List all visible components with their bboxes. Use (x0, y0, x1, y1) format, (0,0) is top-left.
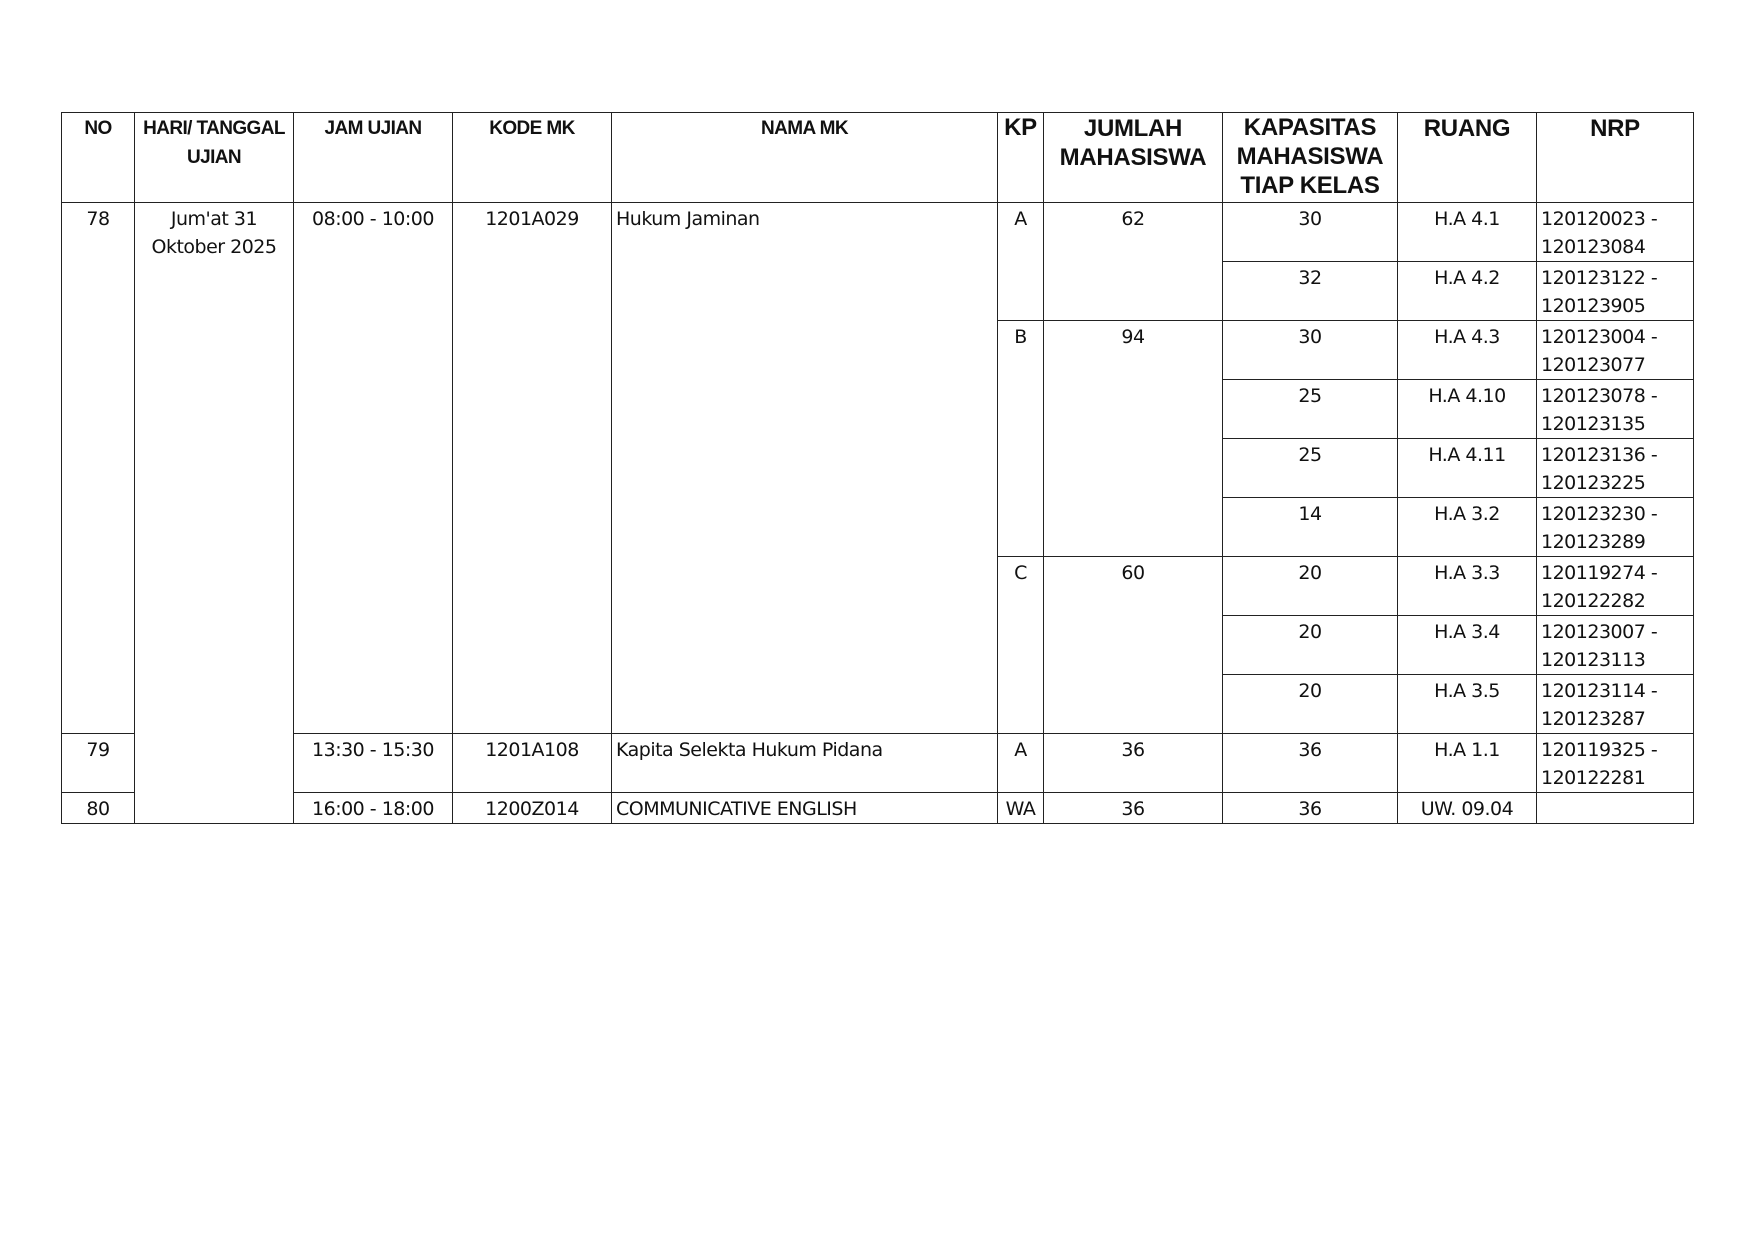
header-row: NO HARI/ TANGGAL UJIAN JAM UJIAN KODE MK… (62, 113, 1694, 203)
cell-jumlah-mahasiswa: 36 (1044, 734, 1223, 793)
cell-kapasitas: 14 (1223, 498, 1398, 557)
cell-jumlah-mahasiswa: 94 (1044, 321, 1223, 557)
cell-nrp: 120123007 - 120123113 (1537, 616, 1694, 675)
cell-nama-mk: Hukum Jaminan (612, 203, 998, 734)
cell-ruang: H.A 1.1 (1398, 734, 1537, 793)
cell-nrp: 120123114 - 120123287 (1537, 675, 1694, 734)
cell-no: 78 (62, 203, 135, 734)
cell-kapasitas: 30 (1223, 203, 1398, 262)
exam-schedule-table: NO HARI/ TANGGAL UJIAN JAM UJIAN KODE MK… (61, 112, 1694, 824)
header-no: NO (62, 113, 135, 203)
cell-jumlah-mahasiswa: 62 (1044, 203, 1223, 321)
cell-kp: A (998, 734, 1044, 793)
cell-nrp: 120123004 - 120123077 (1537, 321, 1694, 380)
cell-nrp: 120123136 - 120123225 (1537, 439, 1694, 498)
cell-nrp: 120119325 - 120122281 (1537, 734, 1694, 793)
cell-hari-tanggal: Jum'at 31 Oktober 2025 (135, 203, 294, 824)
table-row: 7913:30 - 15:301201A108Kapita Selekta Hu… (62, 734, 1694, 793)
cell-kapasitas: 36 (1223, 793, 1398, 824)
cell-nrp: 120120023 - 120123084 (1537, 203, 1694, 262)
cell-ruang: H.A 3.2 (1398, 498, 1537, 557)
cell-ruang: H.A 3.5 (1398, 675, 1537, 734)
header-nama-mk: NAMA MK (612, 113, 998, 203)
cell-no: 79 (62, 734, 135, 793)
cell-kp: B (998, 321, 1044, 557)
header-ruang: RUANG (1398, 113, 1537, 203)
cell-ruang: H.A 3.3 (1398, 557, 1537, 616)
cell-kapasitas: 20 (1223, 557, 1398, 616)
cell-kapasitas: 36 (1223, 734, 1398, 793)
header-kode-mk: KODE MK (453, 113, 612, 203)
header-nrp: NRP (1537, 113, 1694, 203)
cell-kapasitas: 25 (1223, 439, 1398, 498)
cell-kode-mk: 1201A108 (453, 734, 612, 793)
cell-nama-mk: COMMUNICATIVE ENGLISH (612, 793, 998, 824)
cell-nrp: 120123230 - 120123289 (1537, 498, 1694, 557)
cell-no: 80 (62, 793, 135, 824)
cell-kp: C (998, 557, 1044, 734)
cell-ruang: H.A 4.10 (1398, 380, 1537, 439)
cell-kapasitas: 25 (1223, 380, 1398, 439)
header-jam-ujian: JAM UJIAN (294, 113, 453, 203)
cell-nrp: 120119274 - 120122282 (1537, 557, 1694, 616)
cell-ruang: H.A 4.3 (1398, 321, 1537, 380)
cell-jam-ujian: 08:00 - 10:00 (294, 203, 453, 734)
cell-ruang: H.A 3.4 (1398, 616, 1537, 675)
table-row: 78Jum'at 31 Oktober 202508:00 - 10:00120… (62, 203, 1694, 262)
cell-kode-mk: 1201A029 (453, 203, 612, 734)
cell-nama-mk: Kapita Selekta Hukum Pidana (612, 734, 998, 793)
cell-ruang: H.A 4.2 (1398, 262, 1537, 321)
header-hari-tanggal: HARI/ TANGGAL UJIAN (135, 113, 294, 203)
cell-ruang: H.A 4.1 (1398, 203, 1537, 262)
cell-nrp: 120123122 - 120123905 (1537, 262, 1694, 321)
cell-ruang: H.A 4.11 (1398, 439, 1537, 498)
header-jumlah-mahasiswa: JUMLAH MAHASISWA (1044, 113, 1223, 203)
cell-kapasitas: 32 (1223, 262, 1398, 321)
header-kapasitas: KAPASITAS MAHASISWA TIAP KELAS (1223, 113, 1398, 203)
cell-kapasitas: 20 (1223, 675, 1398, 734)
cell-kapasitas: 20 (1223, 616, 1398, 675)
cell-jam-ujian: 16:00 - 18:00 (294, 793, 453, 824)
cell-jam-ujian: 13:30 - 15:30 (294, 734, 453, 793)
cell-kp: WA (998, 793, 1044, 824)
table-body: 78Jum'at 31 Oktober 202508:00 - 10:00120… (62, 203, 1694, 824)
table-row: 8016:00 - 18:001200Z014COMMUNICATIVE ENG… (62, 793, 1694, 824)
header-kp: KP (998, 113, 1044, 203)
cell-kapasitas: 30 (1223, 321, 1398, 380)
cell-jumlah-mahasiswa: 36 (1044, 793, 1223, 824)
cell-kode-mk: 1200Z014 (453, 793, 612, 824)
cell-nrp: 120123078 - 120123135 (1537, 380, 1694, 439)
cell-kp: A (998, 203, 1044, 321)
cell-ruang: UW. 09.04 (1398, 793, 1537, 824)
cell-jumlah-mahasiswa: 60 (1044, 557, 1223, 734)
cell-nrp (1537, 793, 1694, 824)
